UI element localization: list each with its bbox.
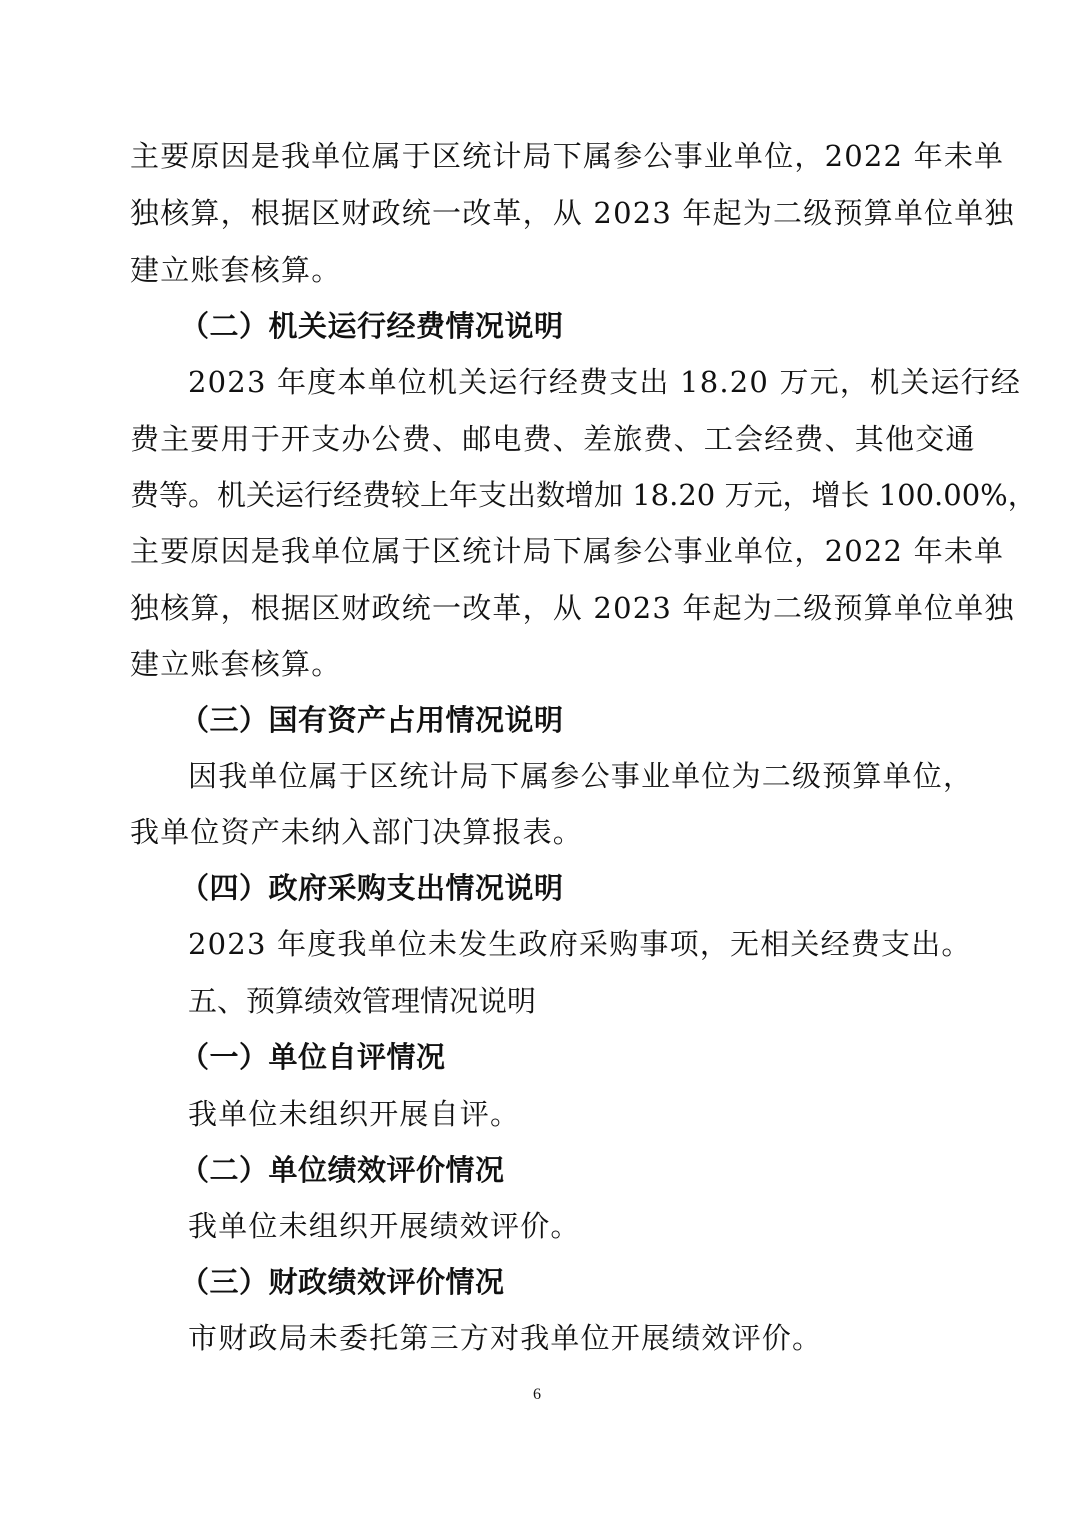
subheading-self-evaluation: （一）单位自评情况 [180, 1037, 938, 1077]
paragraph-line: 我单位未组织开展自评。 [188, 1094, 946, 1134]
subheading-fiscal-performance-evaluation: （三）财政绩效评价情况 [180, 1262, 938, 1302]
subheading-operating-expenses: （二）机关运行经费情况说明 [180, 306, 938, 346]
document-page: 主要原因是我单位属于区统计局下属参公事业单位，2022 年未单 独核算，根据区财… [0, 0, 1074, 1520]
paragraph-line: 独核算，根据区财政统一改革，从 2023 年起为二级预算单位单独 [130, 193, 946, 233]
paragraph-line: 独核算，根据区财政统一改革，从 2023 年起为二级预算单位单独 [130, 588, 946, 628]
page-number: 6 [0, 1386, 1074, 1404]
paragraph-line: 费主要用于开支办公费、邮电费、差旅费、工会经费、其他交通 [130, 419, 946, 459]
subheading-unit-performance-evaluation: （二）单位绩效评价情况 [180, 1150, 938, 1190]
paragraph-line: 建立账套核算。 [130, 250, 946, 290]
paragraph-line: 我单位未组织开展绩效评价。 [188, 1206, 946, 1246]
paragraph-line: 费等。机关运行经费较上年支出数增加 18.20 万元，增长 100.00%， [130, 475, 946, 515]
paragraph-line: 2023 年度本单位机关运行经费支出 18.20 万元，机关运行经 [188, 362, 946, 402]
subheading-state-assets: （三）国有资产占用情况说明 [180, 700, 938, 740]
paragraph-line: 2023 年度我单位未发生政府采购事项，无相关经费支出。 [188, 924, 946, 964]
paragraph-line: 因我单位属于区统计局下属参公事业单位为二级预算单位， [188, 756, 946, 796]
subheading-government-procurement: （四）政府采购支出情况说明 [180, 868, 938, 908]
section-heading-performance-management: 五、预算绩效管理情况说明 [188, 981, 946, 1021]
paragraph-line: 主要原因是我单位属于区统计局下属参公事业单位，2022 年未单 [130, 136, 946, 176]
paragraph-line: 市财政局未委托第三方对我单位开展绩效评价。 [188, 1318, 946, 1358]
paragraph-line: 我单位资产未纳入部门决算报表。 [130, 812, 946, 852]
paragraph-line: 主要原因是我单位属于区统计局下属参公事业单位，2022 年未单 [130, 531, 946, 571]
paragraph-line: 建立账套核算。 [130, 644, 946, 684]
